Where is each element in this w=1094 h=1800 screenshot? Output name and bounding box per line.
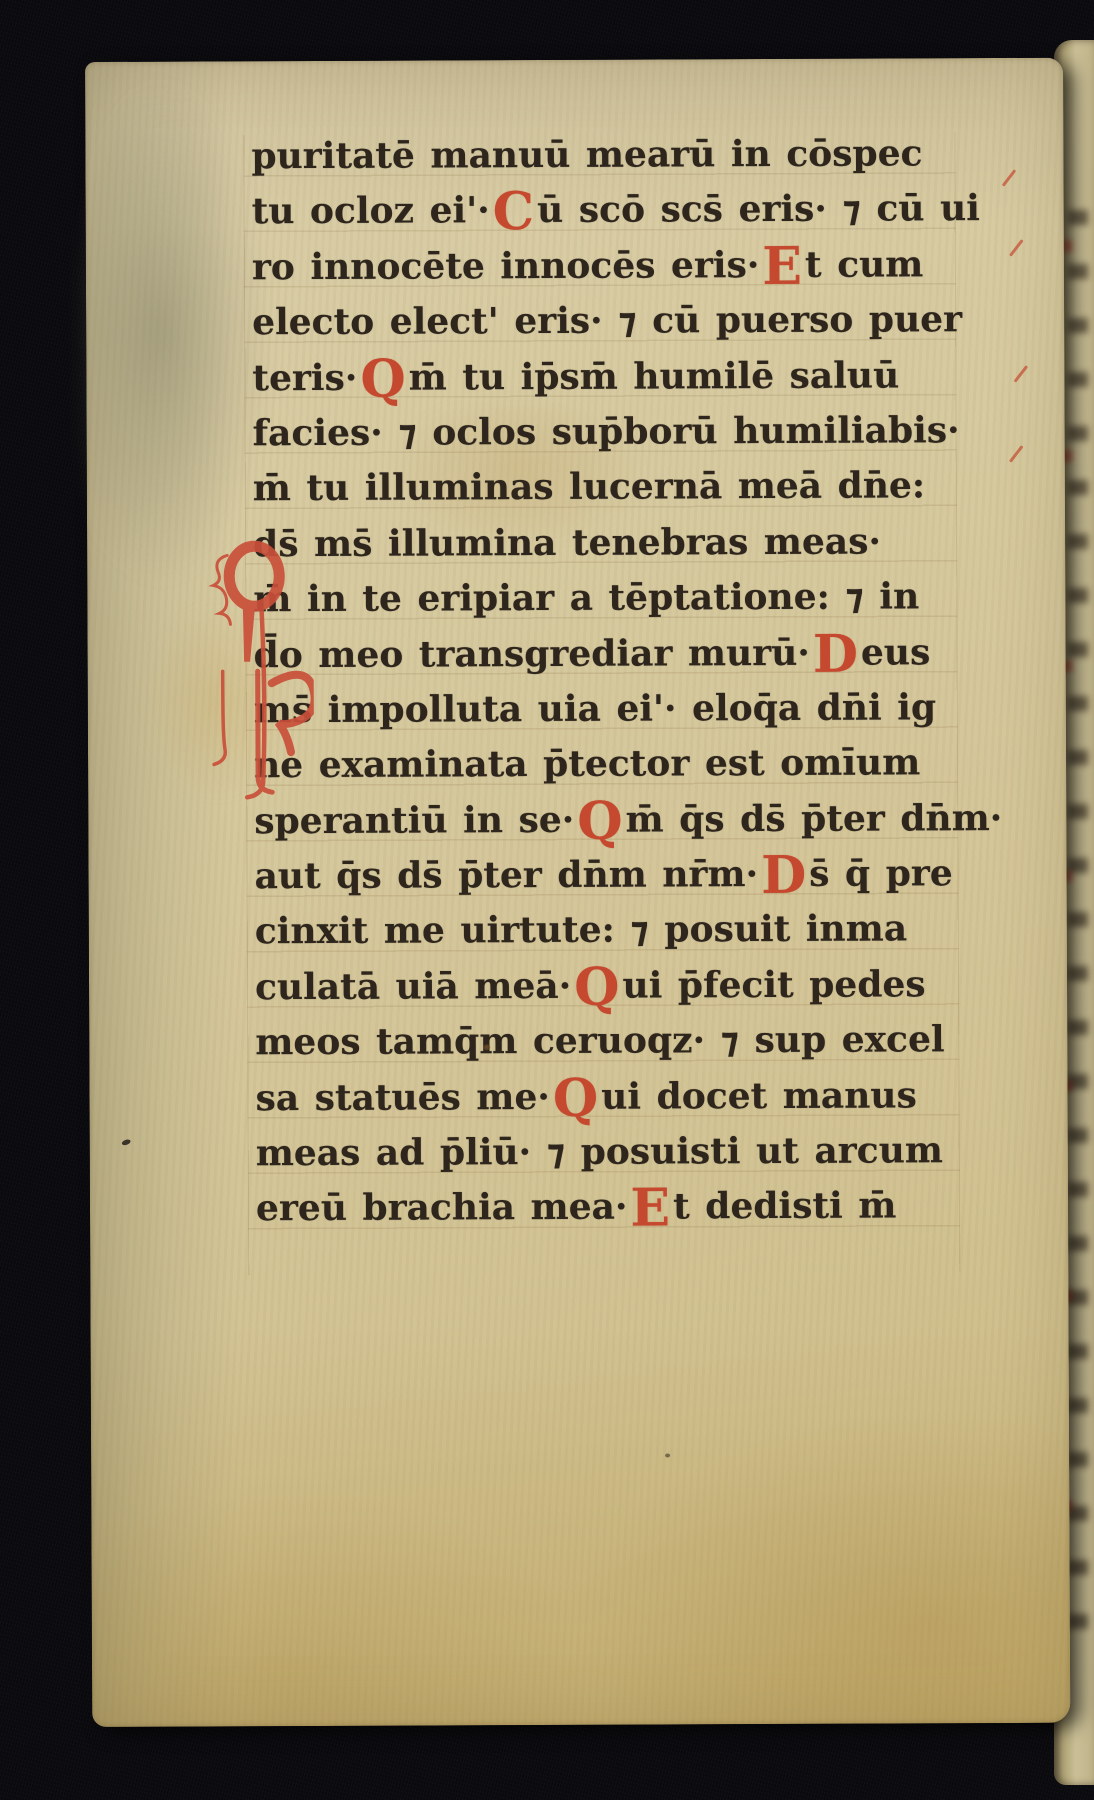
rubric-initial: E [759,236,805,297]
text-block: puritatē manuū mearū in cōspectu ocloz e… [251,126,956,1237]
script-text: m̄ tu ip̄sm̄ humilē saluū [409,354,900,398]
script-text: m̄ tu illuminas lucernā meā dn̄e: [253,465,925,510]
script-text: puritatē manuū mearū in cōspec [251,132,922,177]
script-text: ereū brachia mea· [256,1186,628,1230]
text-line: culatā uiā meā·Qui p̄fecit pedes [255,957,955,1015]
rubric-line-filler [1014,365,1029,383]
text-line: ds̄ ms̄ illumina tenebras meas· [253,514,953,572]
parchment-speck [121,1138,131,1146]
text-line: puritatē manuū mearū in cōspec [251,126,951,184]
parchment-speck [483,1044,490,1050]
script-text: ui p̄fecit pedes [622,963,925,1006]
script-text: t dedisti m̄ [673,1185,896,1228]
text-line: d̄o meo transgrediar murū·Deus [253,625,953,683]
text-line: cinxit me uirtute: ⁊ posuit inma [255,902,955,960]
script-text: eus [861,631,931,673]
script-text: sa statuēs me· [255,1076,550,1119]
rubric-initial: D [810,623,861,684]
rubric-initial: E [627,1178,673,1239]
rubric-initial: D [758,845,809,906]
text-line: sa statuēs me·Qui docet manus [255,1068,955,1126]
script-text: aut q̄s ds̄ p̄ter dn̄m nr̄m· [254,853,758,897]
text-line: teris·Qm̄ tu ip̄sm̄ humilē saluū [252,348,952,406]
script-text: t cum [805,243,924,286]
text-line: ro innocēte innocēs eris·Et cum [252,237,952,295]
script-text: ui docet manus [601,1074,917,1117]
rubric-initial: C [490,181,538,242]
script-text: meos tamq̄m ceruoqz· ⁊ sup excel [255,1019,945,1064]
script-text: s̄ q̄ pre [809,852,953,895]
rubric-line-filler [1009,445,1024,463]
text-line: meos tamq̄m ceruoqz· ⁊ sup excel [255,1012,955,1070]
text-line: ereū brachia mea·Et dedisti m̄ [256,1179,956,1237]
text-line: m̄ tu illuminas lucernā meā dn̄e: [253,459,953,517]
parchment-page: puritatē manuū mearū in cōspectu ocloz e… [85,58,1070,1727]
script-text: ro innocēte innocēs eris· [252,244,760,288]
text-line: m̄ in te eripiar a tēptatione: ⁊ in [253,569,953,627]
rubric-initial: Q [574,790,626,851]
text-line: facies· ⁊ oclos sup̄borū humiliabis· [253,403,953,461]
text-line: electo elect' eris· ⁊ cū puerso puer [252,292,952,350]
parchment-speck [665,1453,670,1457]
margin-initial-penwork [191,521,314,816]
manuscript-photo: puritatē manuū mearū in cōspectu ocloz e… [0,0,1094,1800]
rubric-initial: Q [550,1067,602,1128]
script-text: teris· [252,356,357,398]
rubric-line-filler [1009,239,1024,257]
script-text: tu ocloz ei'· [252,190,490,233]
text-line: ne examinata p̄tector est omīum [254,736,954,794]
script-text: m̄ in te eripiar a tēptatione: ⁊ in [253,575,919,620]
script-text: ū scō scs̄ eris· ⁊ cū ui [537,187,980,231]
text-line: sperantiū in se·Qm̄ q̄s ds̄ p̄ter dn̄m· [254,791,954,849]
script-text: culatā uiā meā· [255,965,571,1008]
text-line: ms̄ impolluta uia ei'· eloq̄a dn̄i ig [254,680,954,738]
text-line: meas ad p̄liū· ⁊ posuisti ut arcum [256,1123,956,1181]
rubric-initial: Q [357,348,409,409]
script-text: ne examinata p̄tector est omīum [254,742,920,787]
script-text: cinxit me uirtute: ⁊ posuit inma [255,908,907,953]
script-text: ds̄ ms̄ illumina tenebras meas· [253,520,881,565]
script-text: m̄ q̄s ds̄ p̄ter dn̄m· [625,797,1002,841]
script-text: meas ad p̄liū· ⁊ posuisti ut arcum [256,1129,943,1174]
script-text: facies· ⁊ oclos sup̄borū humiliabis· [253,409,960,454]
rubric-initial: Q [571,957,623,1018]
script-text: electo elect' eris· ⁊ cū puerso puer [252,298,962,343]
text-line: tu ocloz ei'·Cū scō scs̄ eris· ⁊ cū ui [252,182,952,240]
script-text: d̄o meo transgrediar murū· [253,631,809,675]
text-line: aut q̄s ds̄ p̄ter dn̄m nr̄m·Ds̄ q̄ pre [254,846,954,904]
script-text: ms̄ impolluta uia ei'· eloq̄a dn̄i ig [254,686,936,731]
rubric-line-filler [1002,169,1017,187]
